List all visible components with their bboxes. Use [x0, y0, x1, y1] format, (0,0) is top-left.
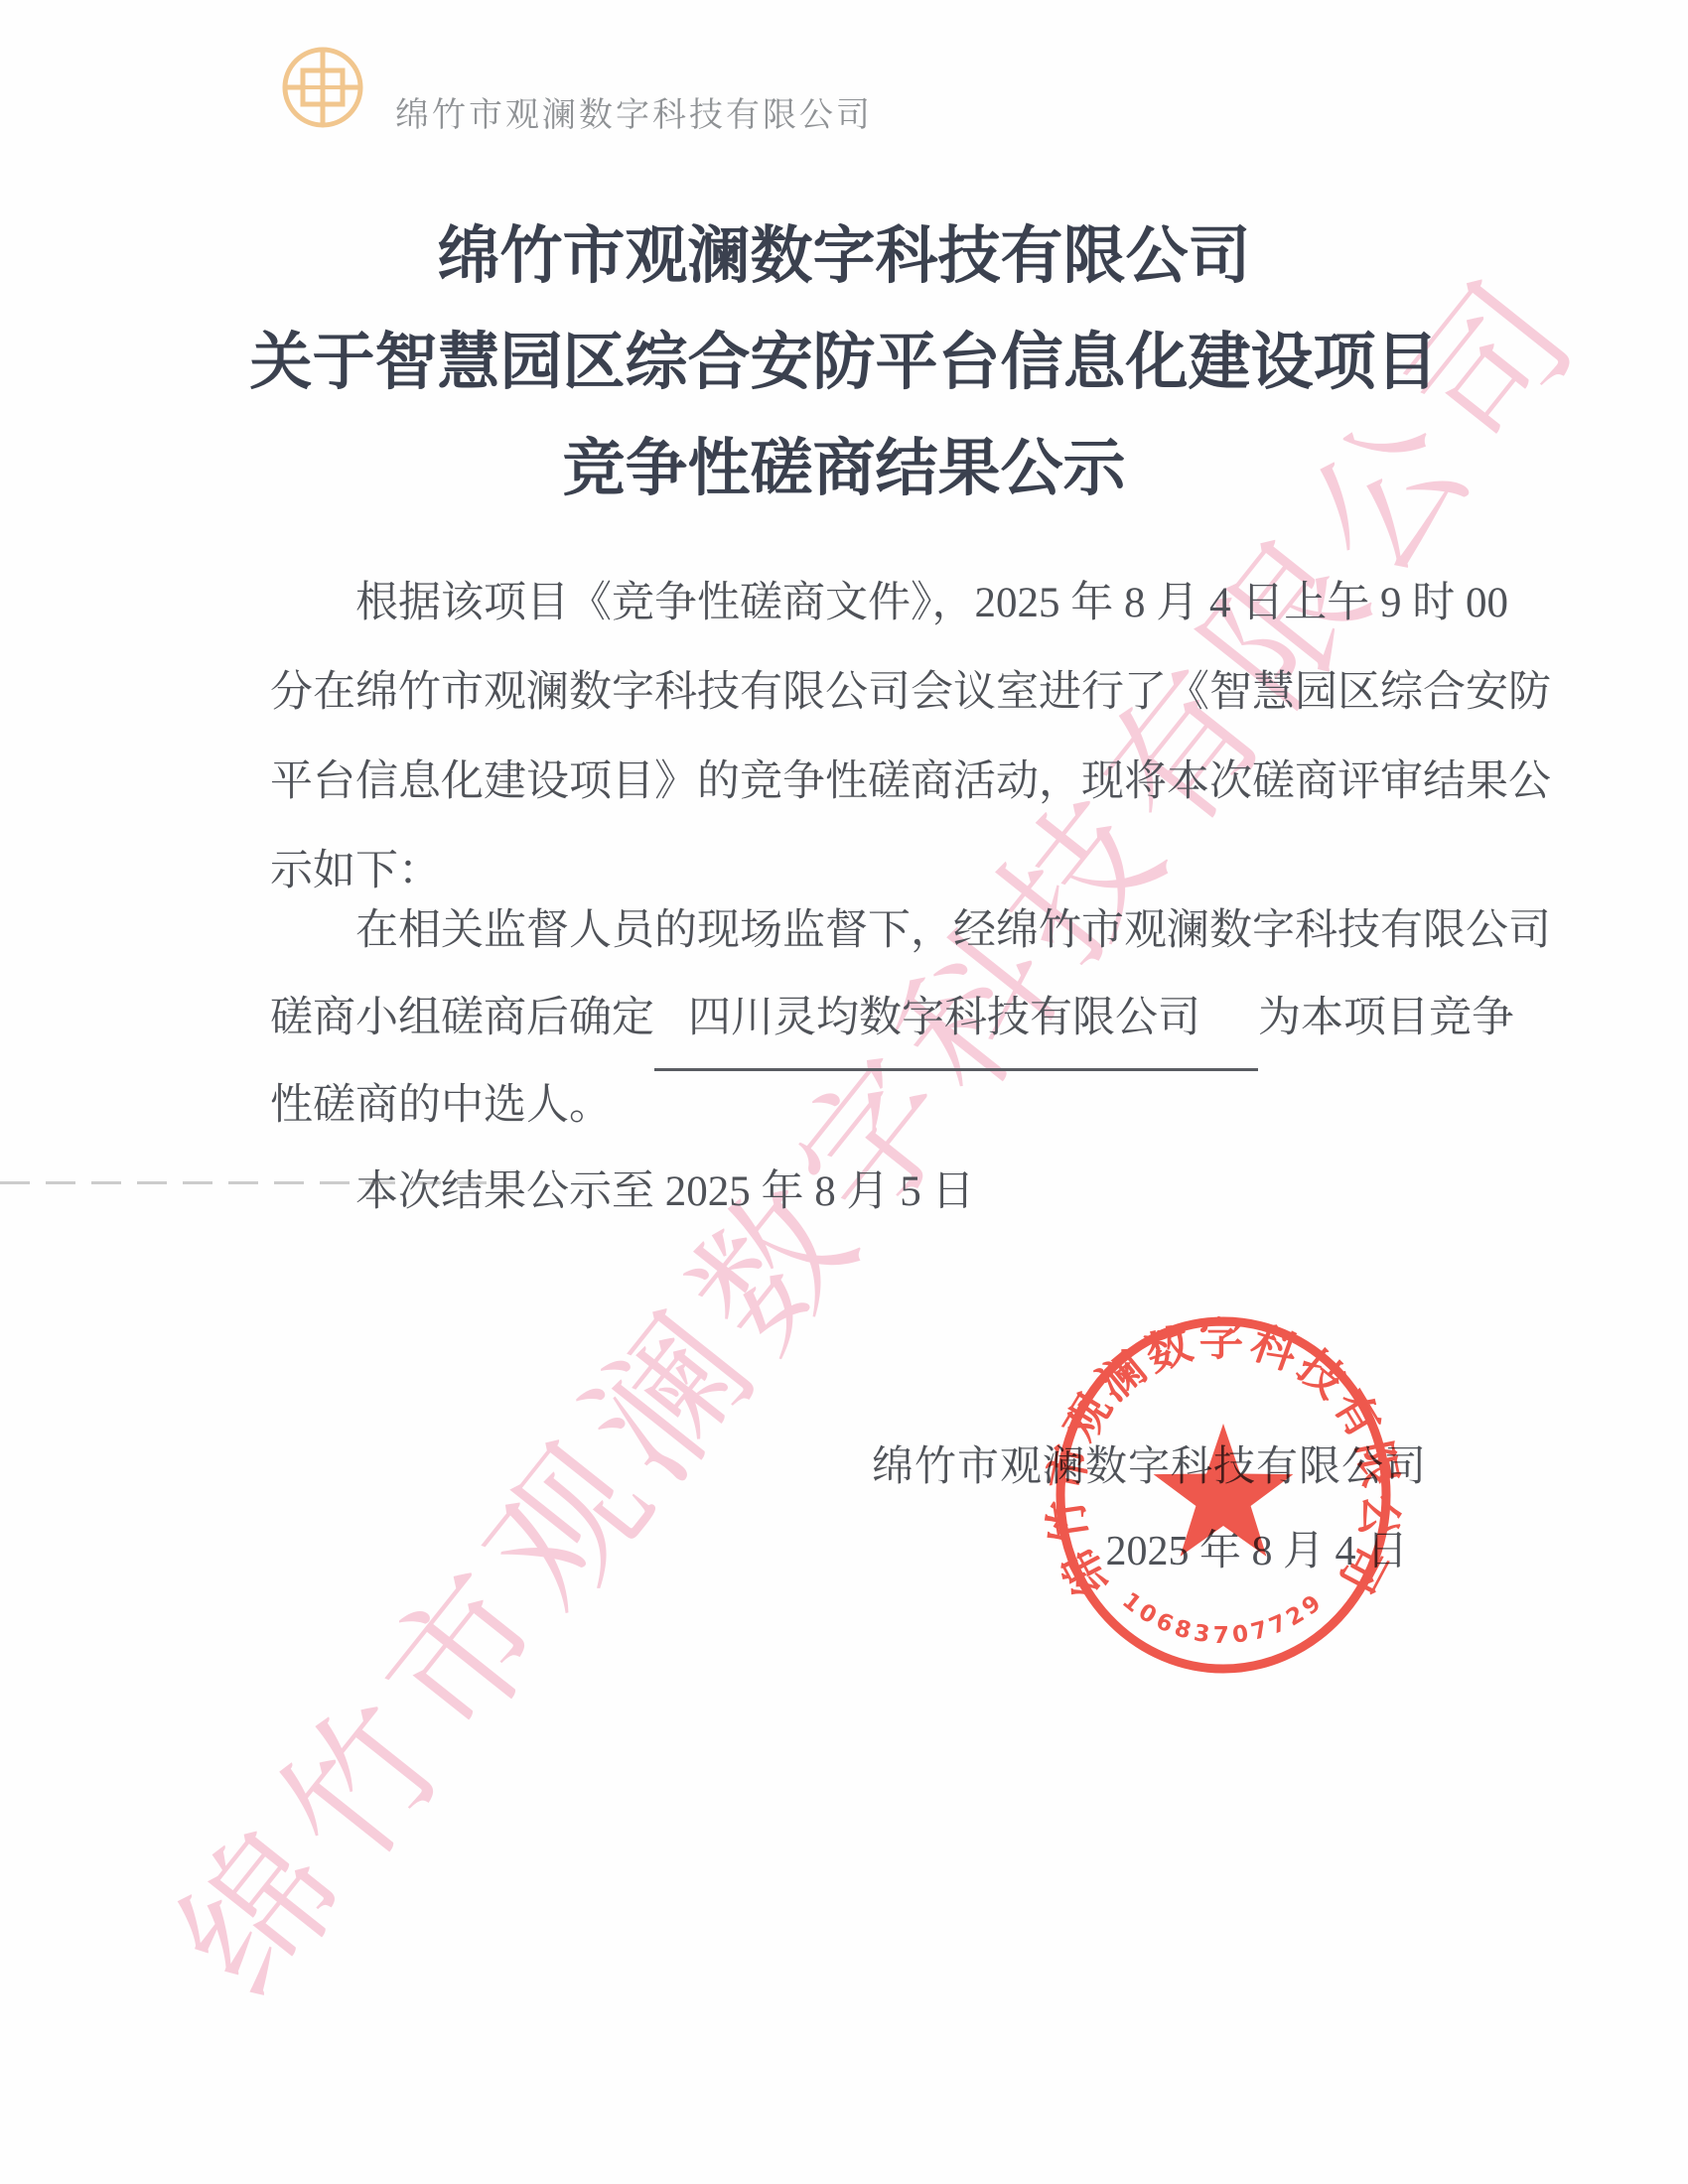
winner-suffix: 为本项目竞争: [1258, 995, 1514, 1041]
official-seal: 绵竹市观澜数字科技有限公司 5106837077295: [1033, 1306, 1422, 1696]
winner-name: 四川灵均数字科技有限公司: [654, 975, 1258, 1071]
paragraph-1-line-2: 分在绵竹市观澜数字科技有限公司会议室进行了《智慧园区综合安防: [270, 648, 1551, 738]
document-title: 绵竹市观澜数字科技有限公司 关于智慧园区综合安防平台信息化建设项目 竞争性磋商结…: [0, 204, 1688, 522]
paragraph-3-line-1: 本次结果公示至 2025 年 8 月 5 日: [270, 1149, 975, 1236]
paragraph-3: 本次结果公示至 2025 年 8 月 5 日: [270, 1149, 975, 1236]
paragraph-2-line-1: 在相关监督人员的现场监督下，经绵竹市观澜数字科技有限公司: [270, 887, 1551, 975]
scan-artifact-line: [0, 1181, 501, 1184]
paragraph-1-line-3: 平台信息化建设项目》的竞争性磋商活动，现将本次磋商评审结果公: [270, 738, 1551, 827]
header-company-name: 绵竹市观澜数字科技有限公司: [395, 87, 873, 136]
seal-star-icon: [1154, 1424, 1294, 1557]
title-line-3: 竞争性磋商结果公示: [0, 416, 1688, 522]
paragraph-2-line-3: 性磋商的中选人。: [270, 1062, 1551, 1150]
title-line-2: 关于智慧园区综合安防平台信息化建设项目: [0, 310, 1688, 416]
paragraph-1: 根据该项目《竞争性磋商文件》，2025 年 8 月 4 日上午 9 时 00 分…: [270, 559, 1551, 916]
company-logo-icon: [281, 46, 364, 129]
document-page: 绵竹市观澜数字科技有限公司 绵竹市观澜数字科技有限公司 绵竹市观澜数字科技有限公…: [0, 0, 1688, 2184]
winner-prefix: 磋商小组磋商后确定: [270, 995, 654, 1041]
title-line-1: 绵竹市观澜数字科技有限公司: [0, 204, 1688, 310]
paragraph-2-line-2: 磋商小组磋商后确定四川灵均数字科技有限公司为本项目竞争: [270, 975, 1551, 1062]
paragraph-2: 在相关监督人员的现场监督下，经绵竹市观澜数字科技有限公司 磋商小组磋商后确定四川…: [270, 887, 1551, 1150]
paragraph-1-line-1: 根据该项目《竞争性磋商文件》，2025 年 8 月 4 日上午 9 时 00: [270, 559, 1551, 648]
